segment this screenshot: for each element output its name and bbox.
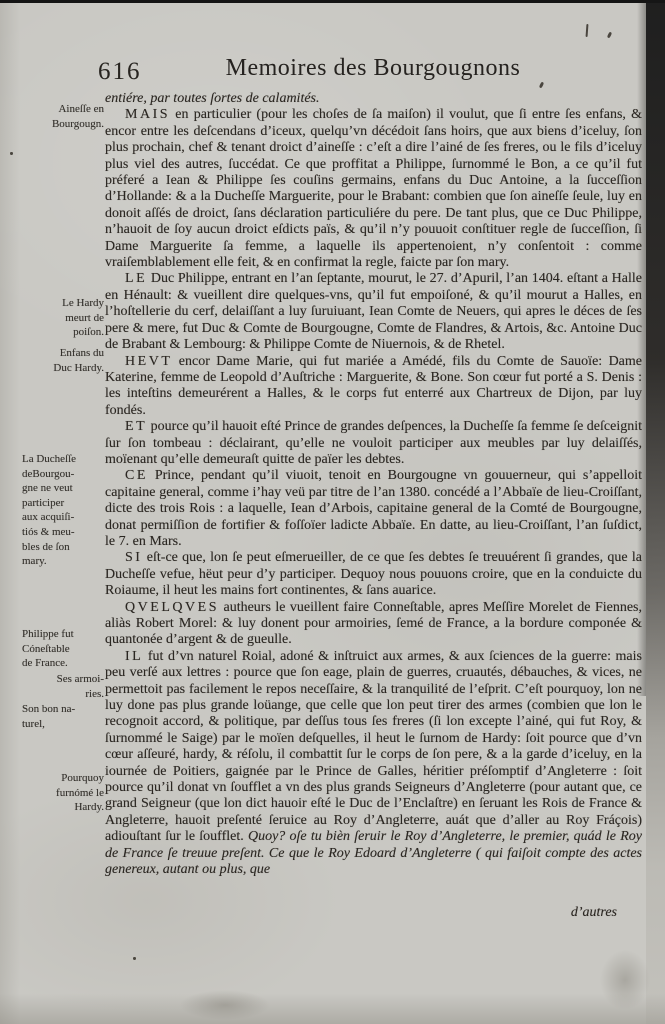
margin-note: Philippe fut Cóneſtable de France. bbox=[22, 627, 104, 671]
opening-line: entiére, par toutes ſortes de calamités. bbox=[105, 91, 642, 107]
paragraph: Et pource qu’il hauoit eſté Prince de gr… bbox=[105, 419, 642, 468]
margin-note: Son bon na- turel, bbox=[22, 702, 104, 731]
paragraph-opening: Et bbox=[125, 419, 147, 434]
paragraph-text: eſt-ce que, lon ſe peut eſmerueiller, de… bbox=[105, 550, 642, 598]
margin-note: La Ducheſſe deBourgou- gne ne veut parti… bbox=[22, 452, 104, 569]
paper-smudge bbox=[600, 950, 650, 1010]
paragraph-text: en particulier (pour les choſes de ſa ma… bbox=[105, 107, 642, 270]
paragraph-text: pource qu’il hauoit eſté Prince de grand… bbox=[105, 419, 642, 467]
paragraph-opening: Hevt bbox=[125, 354, 172, 369]
paragraph: Il fut d’vn naturel Roial, adoné & inſtr… bbox=[105, 649, 642, 879]
paragraph-text: Duc Philippe, entrant en l’an ſeptante, … bbox=[105, 271, 642, 352]
margin-note: Pourquoy furnómé le Hardy. bbox=[22, 771, 108, 815]
scan-right-edge bbox=[646, 0, 665, 1024]
paragraph: Si eſt-ce que, lon ſe peut eſmerueiller,… bbox=[105, 550, 642, 599]
paragraph-opening: Mais bbox=[125, 107, 170, 122]
catchword: d’autres bbox=[571, 905, 617, 921]
paragraph-opening: Il bbox=[125, 649, 143, 664]
scan-top-edge bbox=[0, 0, 665, 3]
ink-speck bbox=[607, 32, 612, 39]
paragraph: Qvelqves autheurs le vueillent faire Con… bbox=[105, 600, 642, 649]
paragraph-opening: Qvelqves bbox=[125, 600, 219, 615]
ink-speck bbox=[586, 24, 589, 37]
ink-speck bbox=[133, 957, 136, 960]
paragraph-opening: Le bbox=[125, 271, 147, 286]
paragraph-text: encor Dame Marie, qui fut mariée a Amédé… bbox=[105, 354, 642, 418]
paper-smudge bbox=[180, 990, 270, 1020]
running-title: Memoires des Bourgougnons bbox=[105, 55, 641, 82]
paragraph: Mais en particulier (pour les choſes de … bbox=[105, 107, 642, 271]
ink-speck bbox=[10, 152, 13, 155]
paragraph: Hevt encor Dame Marie, qui fut mariée a … bbox=[105, 354, 642, 420]
paragraph-opening: Si bbox=[125, 550, 143, 565]
paragraph-text: fut d’vn naturel Roial, adoné & inſtruic… bbox=[105, 649, 642, 844]
paragraph-text: Prince, pendant qu’il viuoit, tenoit en … bbox=[105, 468, 642, 549]
ink-speck bbox=[539, 82, 544, 89]
text-column: entiére, par toutes ſortes de calamités.… bbox=[105, 91, 642, 879]
paragraph: Le Duc Philippe, entrant en l’an ſeptant… bbox=[105, 271, 642, 353]
margin-note: Aineſſe en Bourgougn. bbox=[22, 102, 108, 131]
margin-note: Enfans du Duc Hardy. bbox=[22, 346, 108, 375]
paragraph: Ce Prince, pendant qu’il viuoit, tenoit … bbox=[105, 468, 642, 550]
book-page: 616 Memoires des Bourgougnons Aineſſe en… bbox=[0, 0, 665, 1024]
margin-note: Le Hardy meurt de poiſon. bbox=[22, 296, 108, 340]
margin-note: Ses armoi- ries. bbox=[22, 672, 108, 701]
paragraph-opening: Ce bbox=[125, 468, 148, 483]
